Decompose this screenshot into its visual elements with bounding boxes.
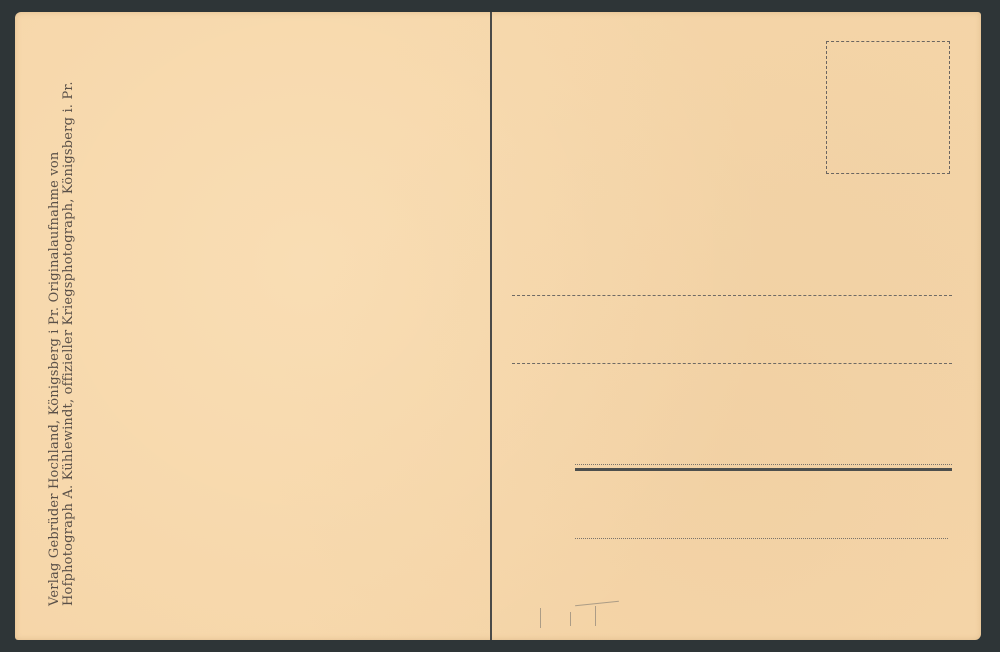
address-line-1 (512, 295, 952, 296)
publisher-line-1: Verlag Gebrüder Hochland, Königsberg i P… (48, 46, 62, 606)
address-line-4 (575, 538, 948, 539)
address-line-3-underline (575, 468, 952, 471)
publisher-imprint: Verlag Gebrüder Hochland, Königsberg i P… (48, 46, 76, 606)
stamp-box (826, 41, 950, 174)
center-divider (490, 12, 492, 640)
publisher-line-2: Hofphotograph A. Kühlewindt, offizieller… (62, 46, 76, 606)
address-line-2 (512, 363, 952, 364)
postcard-back: Verlag Gebrüder Hochland, Königsberg i P… (15, 12, 981, 640)
address-line-3-dotted (575, 464, 952, 465)
